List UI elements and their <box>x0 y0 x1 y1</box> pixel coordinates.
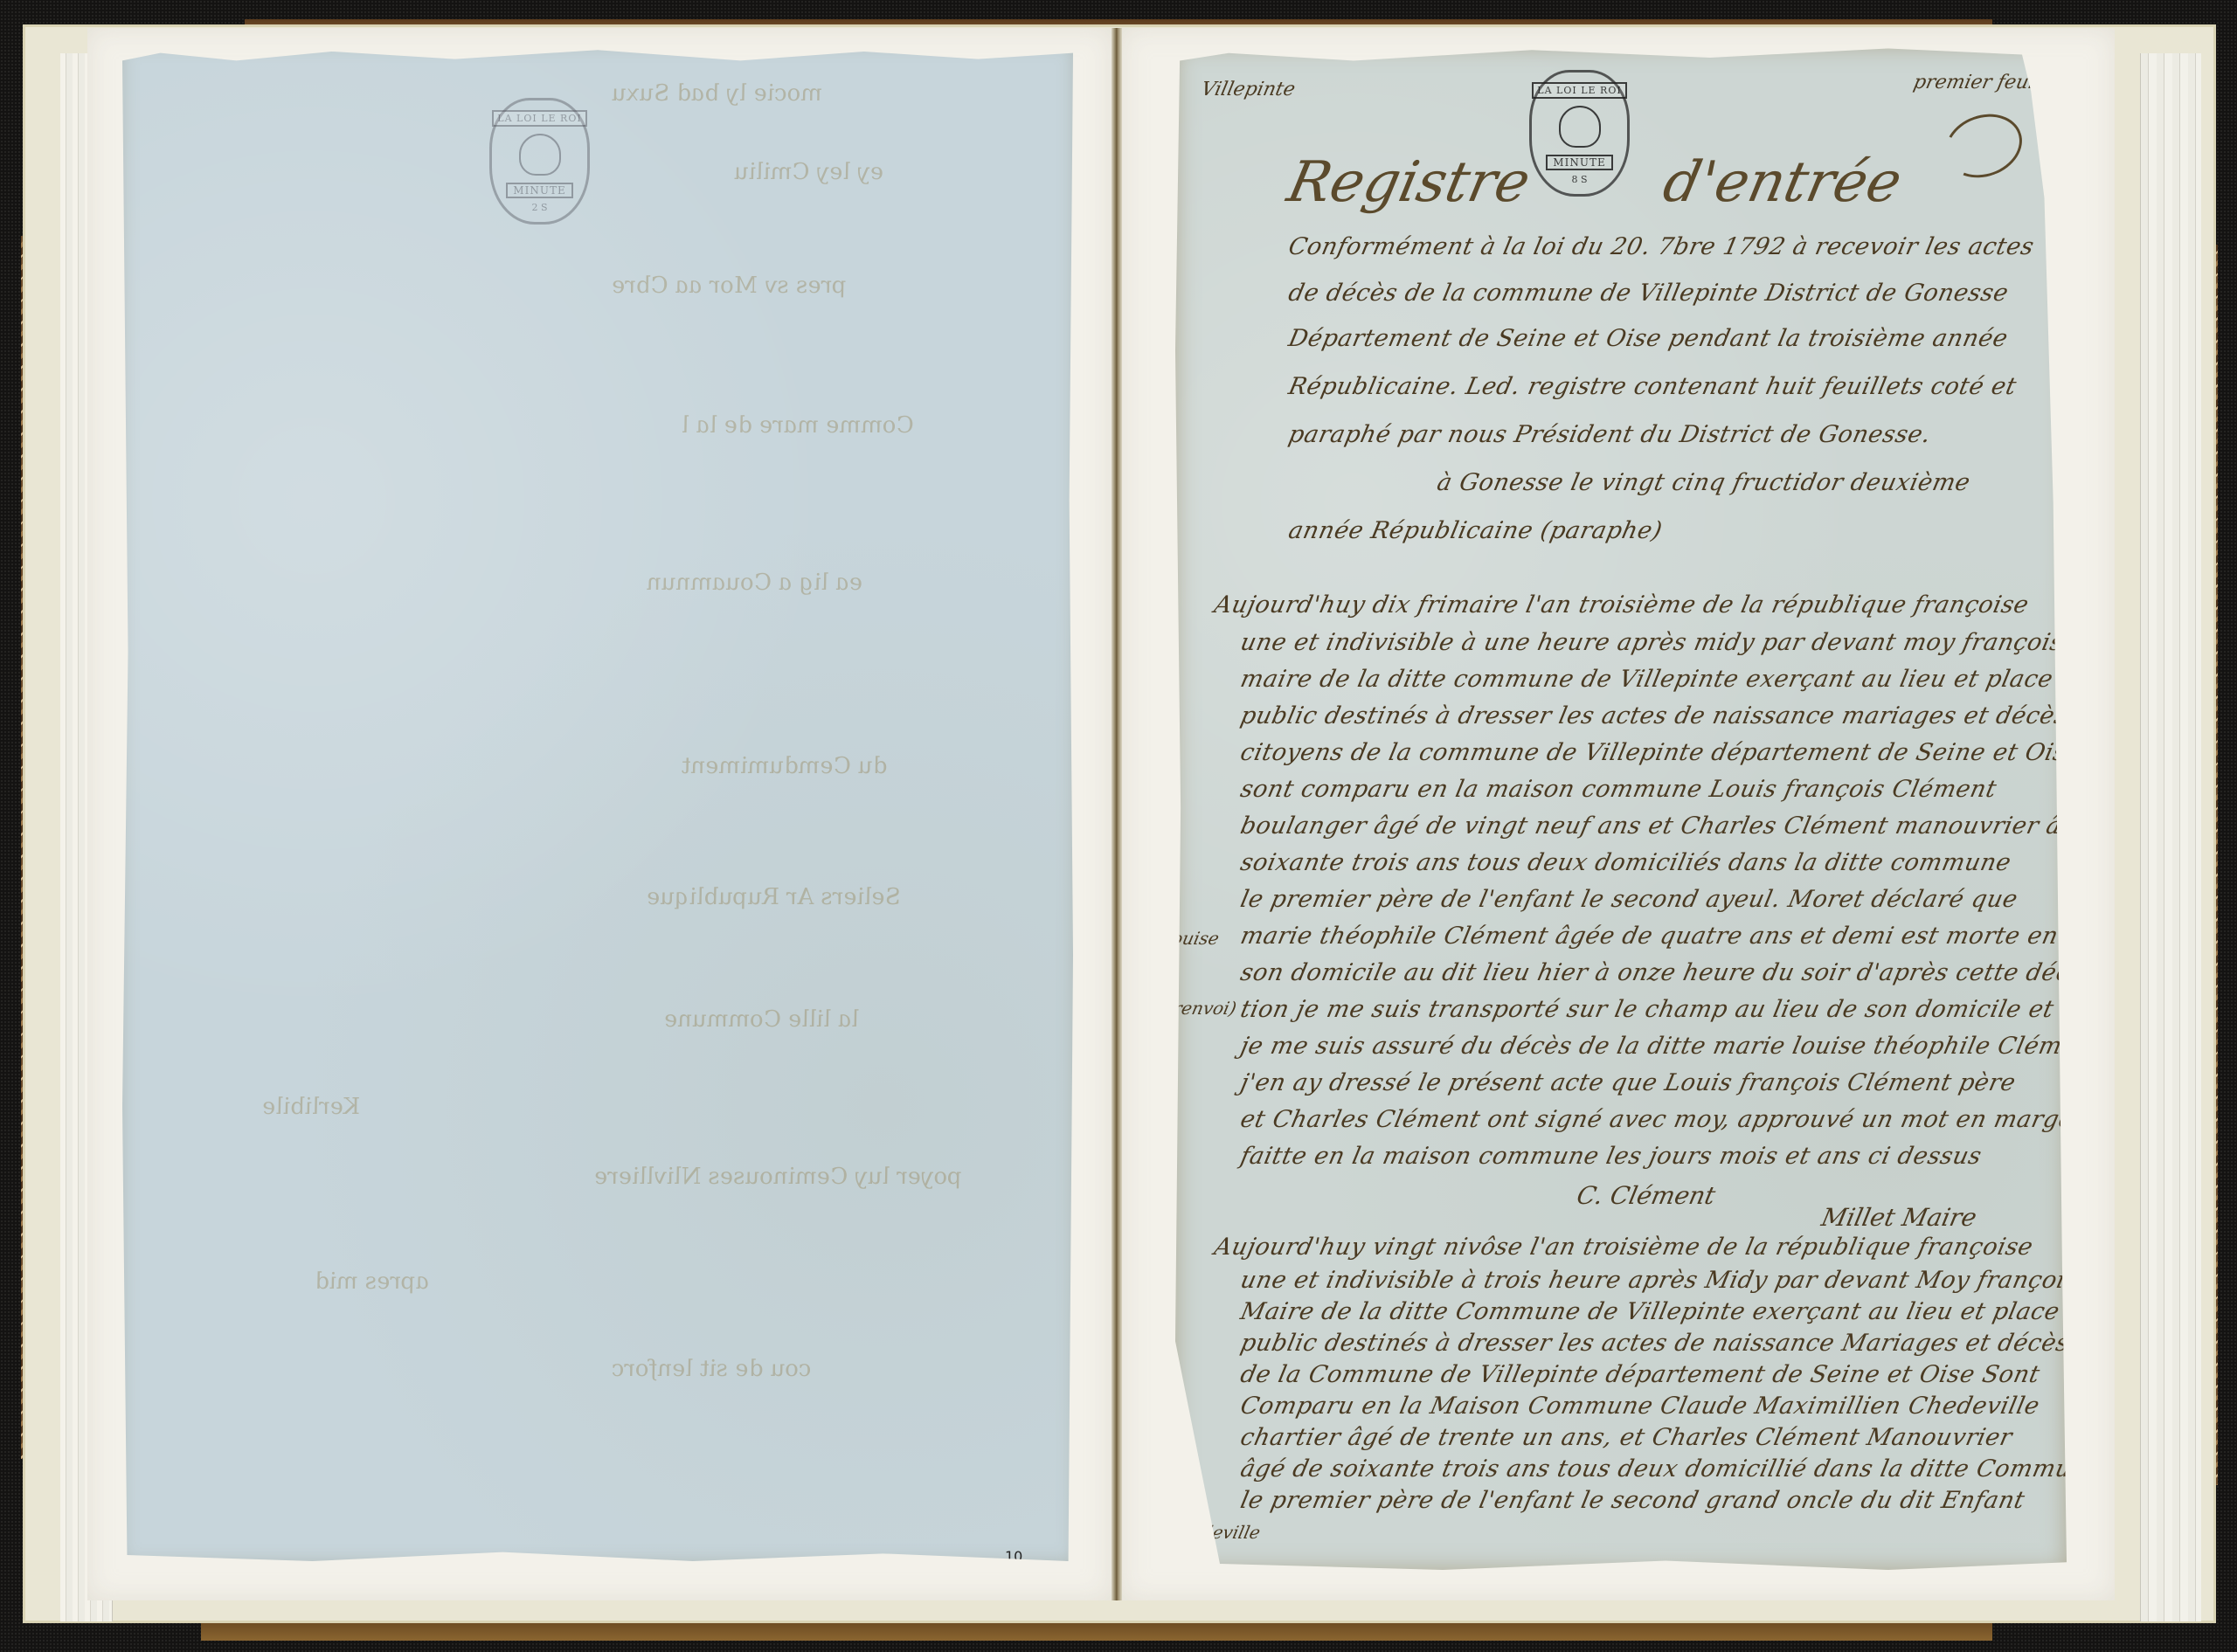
bleed-through-line: Seliers Ar Rupublique <box>644 884 904 910</box>
act-line: public destinés à dresser les actes de n… <box>1238 702 2121 729</box>
header-line: paraphé par nous Président du District d… <box>1286 421 1934 448</box>
signature-clement: C. Clément <box>1574 1181 1718 1210</box>
header-line: de décès de la commune de Villepinte Dis… <box>1286 280 2012 307</box>
act-line: Maire de la ditte Commune de Villepinte … <box>1238 1298 2181 1325</box>
bleed-through-line: cou de sit lenforc <box>609 1356 814 1382</box>
header-line: année Républicaine (paraphe) <box>1286 517 1665 544</box>
act-line: de la Commune de Villepinte département … <box>1238 1361 2042 1388</box>
bleed-through-line: poyer luy Ceminouses Nlivlliere <box>592 1164 965 1190</box>
stamp-crest-icon <box>519 134 561 176</box>
bleed-through-line: du Cemdumiment <box>679 753 890 779</box>
bleed-through-line: pres sv Mor aa Cbre <box>609 273 849 299</box>
act-line: j'en ay dressé le présent acte que Louis… <box>1238 1069 2019 1096</box>
left-document-sheet: LA LOI LE ROI MINUTE 2 S mocie ly bad Su… <box>122 45 1073 1561</box>
act-line: Aujourd'huy vingt nivôse l'an troisième … <box>1212 1234 2036 1261</box>
stamp-label: MINUTE <box>506 183 572 198</box>
act-line: une et indivisible à une heure après mid… <box>1238 629 2145 656</box>
act-line: le premier père de l'enfant le second gr… <box>1238 1487 2027 1514</box>
tax-stamp: LA LOI LE ROI MINUTE 8 S <box>1529 70 1630 197</box>
stamp-value: 2 S <box>531 202 547 213</box>
act-line: sont comparu en la maison commune Louis … <box>1238 776 1999 803</box>
right-document-sheet: Villepinte premier feuillet LA LOI LE RO… <box>1175 45 2067 1570</box>
bleed-through-line: Kerlibile <box>260 1094 363 1120</box>
act-line: citoyens de la commune de Villepinte dép… <box>1238 739 2083 766</box>
act-line: faitte en la maison commune les jours mo… <box>1238 1143 1984 1170</box>
act-line: tion je me suis transporté sur le champ … <box>1238 996 2056 1023</box>
act-line: Comparu en la Maison Commune Claude Maxi… <box>1238 1393 2042 1420</box>
page-stack-right <box>2140 53 2201 1621</box>
bleed-through-line: la lille Commune <box>661 1006 862 1033</box>
signature-mayor: Millet Maire <box>1818 1203 1979 1232</box>
act-line: son domicile au dit lieu hier à onze heu… <box>1238 959 2122 986</box>
bleed-through-line: mocie ly bad Suxu <box>609 80 826 107</box>
book-gutter <box>1112 28 1122 1600</box>
corner-note-commune: Villepinte <box>1199 79 1297 100</box>
header-line: Département de Seine et Oise pendant la … <box>1286 325 2011 352</box>
act-line: Aujourd'huy dix frimaire l'an troisième … <box>1212 591 2032 619</box>
act-line: marie théophile Clément âgée de quatre a… <box>1238 923 2061 950</box>
bleed-through-line: ea lig a Couamnun <box>644 570 866 596</box>
register-title-word1: Registre <box>1282 150 1535 215</box>
act-line: chartier âgé de trente un ans, et Charle… <box>1238 1424 2015 1451</box>
header-line: à Gonesse le vingt cinq fructidor deuxiè… <box>1435 469 1973 496</box>
act-line: maire de la ditte commune de Villepinte … <box>1238 666 2175 693</box>
act-line: soixante trois ans tous deux domiciliés … <box>1238 849 2014 876</box>
tax-stamp-faded: LA LOI LE ROI MINUTE 2 S <box>489 98 590 225</box>
stamp-banner: LA LOI LE ROI <box>1532 82 1626 99</box>
bleed-through-line: apres mid <box>312 1268 433 1295</box>
header-line: Républicaine. Led. registre contenant hu… <box>1286 373 2019 400</box>
act-line: le premier père de l'enfant le second ay… <box>1238 886 2020 913</box>
bleed-through-line: ey ley Cmiliu <box>731 159 887 185</box>
stamp-crest-icon <box>1559 106 1601 148</box>
act-line: une et indivisible à trois heure après M… <box>1238 1267 2162 1294</box>
act-line: je me suis assuré du décès de la ditte m… <box>1238 1033 2105 1060</box>
act-line: boulanger âgé de vingt neuf ans et Charl… <box>1238 812 2132 840</box>
stamp-banner: LA LOI LE ROI <box>492 110 586 127</box>
book-cover-bottom-edge <box>201 1621 1992 1641</box>
paraph-flourish-icon <box>1936 104 2032 189</box>
header-line: Conformément à la loi du 20. 7bre 1792 à… <box>1286 233 2037 260</box>
stamp-value: 8 S <box>1571 174 1587 185</box>
bleed-through-line: Comme mare de la l <box>679 412 917 439</box>
register-title-word2: d'entrée <box>1658 150 1907 215</box>
act-line: âgé de soixante trois ans tous deux domi… <box>1238 1455 2104 1483</box>
stamp-label: MINUTE <box>1546 155 1612 170</box>
act-line: et Charles Clément ont signé avec moy, a… <box>1238 1106 2076 1133</box>
